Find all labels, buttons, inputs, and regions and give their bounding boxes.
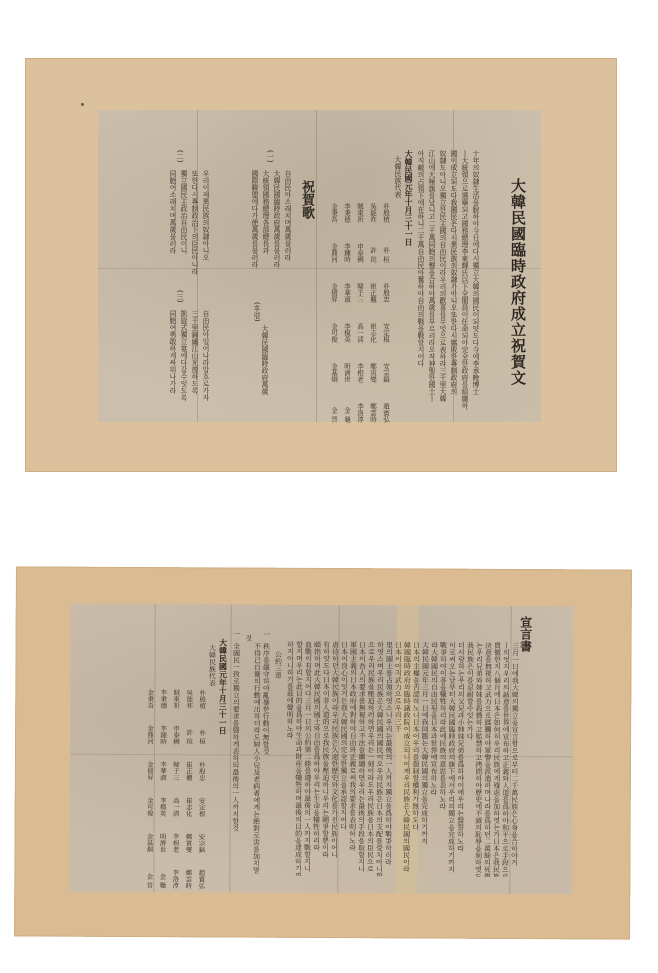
representative-name: 金秉吾	[144, 672, 155, 708]
representative-name: 安定根	[196, 780, 207, 816]
body-line: 頤指하며此大韓民國의國土와自由를爲하야우리는生命을犧牲하리라	[312, 641, 320, 876]
representative-name: 李模英	[157, 780, 168, 816]
body-line: ㅣ의엇지우리의誠意를世界에宣布하고正義와人道를爲하야和平으로手段으로써하엿도다	[501, 642, 509, 877]
body-line: 戰爭하야이몸을犧牲하리라此에民族의意思를表하노라	[438, 642, 446, 877]
representative-name: 朴 桓	[196, 708, 207, 744]
verse-line: 同胞여勇敢하게싸워나가라	[169, 310, 176, 410]
pledge-item: 全國民一致로獨立의要求를强하게表하되最後의一人까지할것	[231, 643, 239, 878]
pledge-marker: 一	[233, 631, 240, 641]
representative-name: 鄭雲時	[367, 382, 378, 422]
representative-name: 金基烔	[143, 816, 154, 852]
signatory-label: 大韓民族代表	[394, 156, 401, 216]
body-line: 하지아니하기를茲에聲明하노라	[286, 641, 294, 791]
representative-name: 安定根	[380, 302, 391, 342]
refrain-line: 大韓民國臨時政府萬歲	[261, 325, 268, 405]
body-line: 는우리兄弟와姉妹를殺戮하고監禁하고拷問하야歷史에不滅의恥辱을刻하엿도다	[474, 642, 482, 877]
representative-name: 朴殷忠	[196, 744, 207, 780]
representative-name: 崔志化	[183, 780, 194, 816]
representative-name: 許 琓	[183, 708, 194, 744]
body-line: 할지며우리는此目的을爲하야生命과財産을犧牲하며最後의目的을達成하기까지	[294, 641, 302, 876]
representative-name: 崔正櫃	[367, 262, 378, 302]
body-line: 大韓民國元年三月一日에我同胞는大韓民國의獨立을完成하기까지	[420, 642, 428, 877]
representative-name: 賊東祈	[170, 672, 181, 708]
representative-name: 崔正櫃	[183, 744, 194, 780]
body-line: 我民族은이를忍耐할수잇는가다	[465, 642, 473, 877]
representative-name: 申泰稠	[354, 222, 365, 262]
body-line: 더사랑하는우리의父兄과小姉妹兄弟를爲하야이에우리는盟誓하노라	[456, 642, 464, 877]
representative-name: 金 晉	[328, 382, 339, 422]
representative-name: 金 龜	[341, 382, 352, 422]
body-line: 日本이아직武力으로우리三千	[393, 641, 401, 876]
verse-line: 獨立國民主政治自由民이니	[180, 170, 187, 280]
verse-marker: (二)	[176, 150, 184, 162]
fold-line	[316, 110, 317, 422]
representative-name: 李相老	[169, 816, 180, 852]
verse-line: 同胞여소래치며萬歲불러라	[169, 170, 176, 280]
representative-name: 明濟世	[156, 816, 167, 852]
document-title: 大韓民國臨時政府成立祝賀文	[509, 178, 526, 386]
body-line: 奴隸도아니오獨立한民主國의自由民이라우리의歡喜를무엇으로表하랴三千里大韓	[439, 150, 446, 410]
representative-name: 鄭寅燮	[182, 816, 193, 852]
representative-name: 朴殷植	[196, 672, 207, 708]
body-line: 아직敵의占領下에在하니二千萬自由民아奮하야自由의戰을戰할지어다	[417, 150, 424, 400]
representative-name: 李洛淳	[169, 852, 180, 888]
verse-line: 우리이제異民族의奴隷아니오	[202, 170, 209, 280]
body-line: 으로우리民族을壓迫하려하면우리는一刻이라도우리民族을日本의臣民으로	[366, 641, 374, 876]
representative-name: 吳能祚	[367, 182, 378, 222]
representative-name: 趙賓弘	[380, 382, 391, 422]
pledge-item: 秩序를嚴守하야亂暴한行動이無할것	[261, 643, 269, 878]
body-line: 血戰이有할지어다三月一日의公約第二條를遵하야最後의一人까지戰할지니	[303, 641, 311, 876]
representative-name: 金秉吾	[328, 182, 339, 222]
representative-name: 金鼎河	[144, 708, 155, 744]
verse-marker: (一)	[266, 150, 274, 162]
verse-line: 三千里錦繡江山光復하도록	[191, 310, 198, 410]
representative-name: 朴 桓	[380, 222, 391, 262]
body-line: ㅣ大統領으로選擧되고國務總理李東輝氏以下全閣員이任命되야完全한政府를組織하니	[461, 150, 468, 410]
representative-name: 李秉德	[341, 182, 352, 222]
verse-line: 自由民아소래치며萬歲불러라	[284, 170, 291, 280]
pledge-marker: 一	[263, 631, 270, 641]
document-date: 大韓民國元年十月三十一日	[219, 638, 228, 758]
declaration-title: 宣言書	[518, 616, 532, 652]
representative-name: 許 琓	[367, 222, 378, 262]
verse-line: 自由民아일어나라압흐로가자	[202, 310, 209, 410]
body-line: 하엿스며우리民族은大韓民國의國民이오우리民族은日本의支配를受치아니할지라	[375, 641, 383, 876]
body-line: 決意를無視하고武力으로蹂躙하야軍警을派遣하며나라를爲하던二萬餘의死傷과六萬餘의	[483, 642, 491, 877]
representative-name: 朴殷植	[380, 182, 391, 222]
body-line: 十年의奴隷生活을脫하야今日에다시獨立大韓의國民이되얏도다今에李承晩博士	[472, 150, 479, 410]
refrain-marker: (후렴)	[253, 302, 261, 321]
representative-name: 朴殷忠	[380, 262, 391, 302]
representative-name: 鄭雲時	[182, 852, 193, 888]
representative-name: 金僖昇	[328, 262, 339, 302]
representative-name: 李華淑	[157, 744, 168, 780]
representative-name: 李模英	[341, 302, 352, 342]
paper-declaration: 宣言書 三月一日에我大韓의獨立을宣言함으로부터二千萬民族은心身을合하야거 ㅣ의엇…	[69, 604, 574, 895]
representatives-list: 朴殷植 吳能祚 賊東祈 李秉德 金秉吾 朴 桓 許 琓 申泰稠 李鍾時 金鼎河 …	[328, 182, 391, 422]
representative-name: 高一淸	[170, 780, 181, 816]
body-line: 三月一日에我大韓의獨立을宣言함으로부터二千萬民族은心身을合하야거	[510, 642, 518, 877]
representatives-list: 朴殷植 吳能祚 賊東祈 李秉德 金秉吾 朴 桓 許 琓 申泰稠 李鍾時 金鼎河 …	[143, 672, 207, 888]
signatory-label: 大韓民族代表	[208, 644, 215, 704]
representative-name: 金鼎河	[328, 222, 339, 262]
body-line: 이로써오는날부터大韓民國臨時政府의旗下에서우리의獨立을完成하기까지	[447, 642, 455, 877]
representative-name: 高一淸	[354, 302, 365, 342]
verse-line: 大韓民國臨時政府萬歲를불러라	[273, 170, 280, 280]
body-line: 貫徹한지八個月에日本은如何히우리民族에게殘虐을加하엿는가日本은我民族의	[492, 642, 500, 877]
body-line: 有하얏도다日本이非人道的으로我民族을壓迫하니우리는鬪爭할뿐이라	[321, 641, 329, 876]
representative-name: 李華淑	[341, 262, 352, 302]
representative-name: 李相老	[354, 342, 365, 382]
verse-line: 大統領國務總理各部總長과	[262, 170, 269, 280]
paper-congratulatory-document: 大韓民國臨時政府成立祝賀文 十年의奴隷生活을脫하야今日에다시獨立大韓의國民이되얏…	[98, 110, 541, 422]
body-line: 日本의主權을否認하노니日本이우리를强制할權利가無하도다	[411, 641, 419, 876]
representative-name: 趙賓弘	[195, 852, 206, 888]
representative-name: 申泰稠	[170, 708, 181, 744]
verse-line: 凱旋式獨立宴에다갈수잇도록	[180, 310, 187, 410]
body-line: 라大韓國民의自由民됨을日本과世界에宣布하노라	[429, 642, 437, 877]
song-title: 祝賀歌	[298, 180, 313, 219]
representative-name: 李鍾時	[341, 222, 352, 262]
representative-name: 韓于三	[354, 262, 365, 302]
verse-line: 또한다시專制政治下의臣民아니라	[191, 170, 198, 280]
mount-board-declaration: 宣言書 三月一日에我大韓의獨立을宣言함으로부터二千萬民族은心身을合하야거 ㅣ의엇…	[14, 566, 632, 939]
representative-name: 金基烔	[328, 342, 339, 382]
verse-line: 國際聯盟에다가使萬歲를불러라	[251, 170, 258, 280]
representative-name: 安宗鎬	[380, 342, 391, 382]
representative-name: 鄭寅燮	[367, 342, 378, 382]
representative-name: 明濟世	[341, 342, 352, 382]
body-line: 韓國臨時政府와臨時議政院이成立되니이제우리民族은大韓民國의國民이라	[402, 641, 410, 876]
pledge-item: 不得已自衛의行動에出하더라도婦人小兒及老病者에게는絶對로害를加치말	[252, 643, 260, 878]
body-line: 日本이吾人의要求를無視하고不法을繼續하면우리는最後의手段을取할지니	[357, 641, 365, 876]
body-line: 虐待하던大韓民族이라우리民族은久遠한歷史와文化를가진民族이어니	[330, 641, 338, 876]
representative-name: 吳能祚	[183, 672, 194, 708]
representative-name: 金僖昇	[144, 744, 155, 780]
body-line: 日本이良心이잇거든我大韓民國의完全한獨立을承認할지어다	[339, 641, 347, 876]
body-line: 軍國主義의日本政府에對하야自由와正義로써我의要求를表明하노라	[348, 641, 356, 876]
representative-name: 金可俊	[144, 780, 155, 816]
pledges-heading: 公約三章	[274, 651, 281, 701]
representative-name: 韓于三	[170, 744, 181, 780]
body-line: 國이成立되도다我國民은다시異民族의奴隷가아니오또한다시腐敗한專制政府의	[450, 150, 457, 410]
pledge-item: 것	[245, 635, 252, 655]
representative-name: 賊東祈	[354, 182, 365, 222]
representative-name: 李鍾時	[157, 708, 168, 744]
representative-name: 金 龜	[156, 852, 167, 888]
representative-name: 安宗鎬	[195, 816, 206, 852]
representative-name: 金 晉	[143, 852, 154, 888]
board-spot	[81, 103, 84, 106]
representative-name: 李秉德	[157, 672, 168, 708]
representative-name: 金可俊	[328, 302, 339, 342]
document-date: 大韓民國元年十月三十一日	[405, 150, 413, 270]
representative-name: 崔志化	[367, 302, 378, 342]
body-line: 里의國土를占領하엿스니우리는最後의一人까지獨立을爲하야戰爭하리라	[384, 641, 392, 876]
representative-name: 李洛淳	[354, 382, 365, 422]
body-line: 江山에大極旗를날니고二千萬同胞의聲을合하야萬歲를부르리라오쟉神聖한國土ㅣ	[428, 150, 435, 410]
mount-board-congratulatory: 大韓民國臨時政府成立祝賀文 十年의奴隷生活을脫하야今日에다시獨立大韓의國民이되얏…	[25, 58, 617, 472]
verse-marker: (三)	[176, 290, 184, 302]
